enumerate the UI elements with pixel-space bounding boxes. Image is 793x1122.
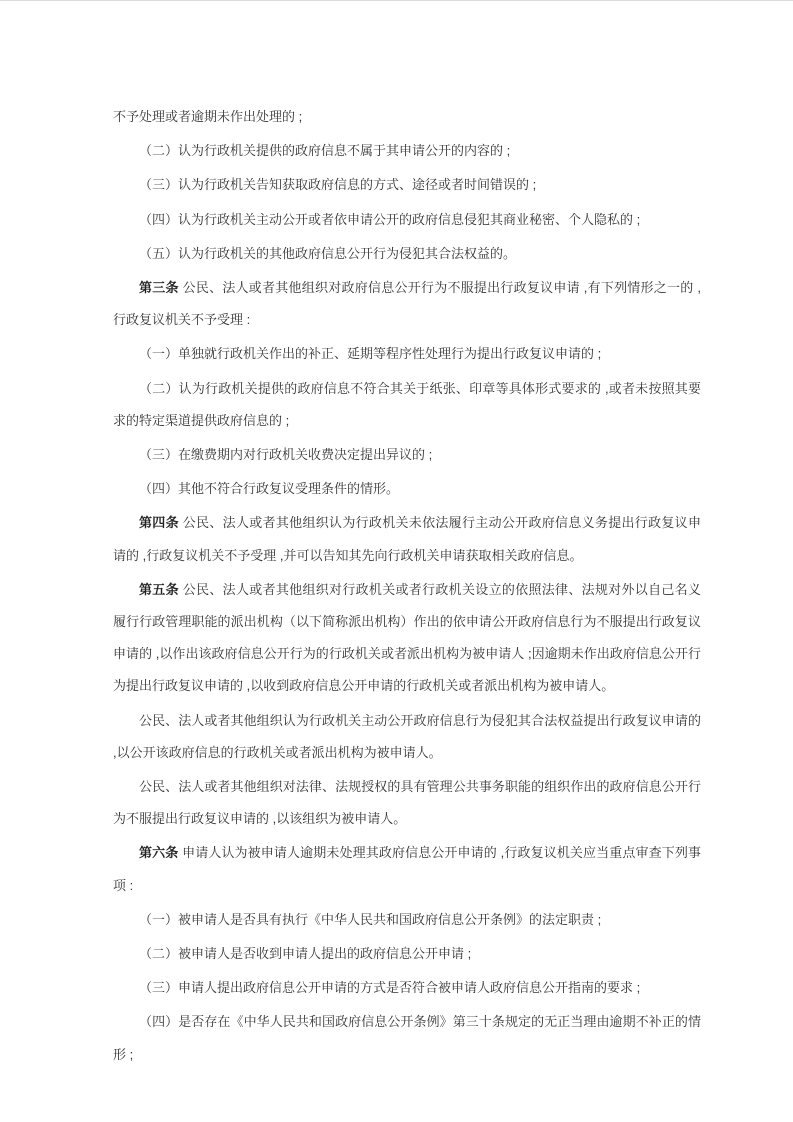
paragraph-text: （一）单独就行政机关作出的补正、延期等程序性处理行为提出行政复议申请的 ;	[139, 346, 601, 361]
para-article-4: 第四条 公民、法人或者其他组织认为行政机关未依法履行主动公开政府信息义务提出行政…	[113, 507, 701, 571]
para-article-5-clause-2: 公民、法人或者其他组织认为行政机关主动公开政府信息行为侵犯其合法权益提出行政复议…	[113, 705, 701, 769]
article-number: 第六条	[139, 845, 178, 860]
para-article-3-item-4: （四）其他不符合行政复议受理条件的情形。	[113, 473, 701, 505]
paragraph-text: （一）被申请人是否具有执行《中华人民共和国政府信息公开条例》的法定职责 ;	[139, 912, 601, 927]
article-number: 第四条	[139, 515, 179, 530]
para-article-3: 第三条 公民、法人或者其他组织对政府信息公开行为不服提出行政复议申请 ,有下列情…	[113, 272, 701, 336]
paragraph-text: 公民、法人或者其他组织对政府信息公开行为不服提出行政复议申请 ,有下列情形之一的…	[113, 280, 701, 327]
paragraph-text: 公民、法人或者其他组织对法律、法规授权的具有管理公共事务职能的组织作出的政府信息…	[113, 779, 701, 826]
paragraph-text: 公民、法人或者其他组织认为行政机关主动公开政府信息行为侵犯其合法权益提出行政复议…	[113, 713, 701, 760]
paragraph-text: （五）认为行政机关的其他政府信息公开行为侵犯其合法权益的。	[139, 246, 516, 261]
paragraph-text: （三）在缴费期内对行政机关收费决定提出异议的 ;	[139, 447, 432, 462]
para-article-3-item-1: （一）单独就行政机关作出的补正、延期等程序性处理行为提出行政复议申请的 ;	[113, 338, 701, 370]
para-item-2: （二）认为行政机关提供的政府信息不属于其申请公开的内容的 ;	[113, 135, 701, 167]
para-article-5: 第五条 公民、法人或者其他组织对行政机关或者行政机关设立的依照法律、法规对外以自…	[113, 574, 701, 703]
paragraph-text: （二）被申请人是否收到申请人提出的政府信息公开申请 ;	[139, 946, 471, 961]
paragraph-text: （三）申请人提出政府信息公开申请的方式是否符合被申请人政府信息公开指南的要求 ;	[139, 980, 640, 995]
paragraph-text: （四）其他不符合行政复议受理条件的情形。	[139, 481, 399, 496]
paragraph-text: （二）认为行政机关提供的政府信息不符合其关于纸张、印章等具体形式要求的 ,或者未…	[113, 381, 701, 428]
document-page: 不予处理或者逾期未作出处理的 ; （二）认为行政机关提供的政府信息不属于其申请公…	[0, 0, 793, 1122]
paragraph-text: （四）认为行政机关主动公开或者依申请公开的政府信息侵犯其商业秘密、个人隐私的 ;	[139, 212, 640, 227]
para-item-3: （三）认为行政机关告知获取政府信息的方式、途径或者时间错误的 ;	[113, 169, 701, 201]
para-article-6-item-3: （三）申请人提出政府信息公开申请的方式是否符合被申请人政府信息公开指南的要求 ;	[113, 972, 701, 1004]
para-article-6-item-2: （二）被申请人是否收到申请人提出的政府信息公开申请 ;	[113, 938, 701, 970]
para-item-4: （四）认为行政机关主动公开或者依申请公开的政府信息侵犯其商业秘密、个人隐私的 ;	[113, 204, 701, 236]
para-article-3-item-2: （二）认为行政机关提供的政府信息不符合其关于纸张、印章等具体形式要求的 ,或者未…	[113, 373, 701, 437]
para-article-6-item-4: （四）是否存在《中华人民共和国政府信息公开条例》第三十条规定的无正当理由逾期不补…	[113, 1006, 701, 1070]
para-article-3-item-3: （三）在缴费期内对行政机关收费决定提出异议的 ;	[113, 439, 701, 471]
paragraph-text: （二）认为行政机关提供的政府信息不属于其申请公开的内容的 ;	[139, 143, 510, 158]
paragraph-text: 申请人认为被申请人逾期未处理其政府信息公开申请的 ,行政复议机关应当重点审查下列…	[113, 845, 701, 892]
paragraph-text: （三）认为行政机关告知获取政府信息的方式、途径或者时间错误的 ;	[139, 177, 536, 192]
paragraph-text: （四）是否存在《中华人民共和国政府信息公开条例》第三十条规定的无正当理由逾期不补…	[113, 1014, 701, 1061]
para-article-6-item-1: （一）被申请人是否具有执行《中华人民共和国政府信息公开条例》的法定职责 ;	[113, 904, 701, 936]
paragraph-text: 不予处理或者逾期未作出处理的 ;	[113, 109, 302, 124]
paragraph-text: 公民、法人或者其他组织对行政机关或者行政机关设立的依照法律、法规对外以自己名义履…	[113, 582, 701, 694]
para-article-6: 第六条 申请人认为被申请人逾期未处理其政府信息公开申请的 ,行政复议机关应当重点…	[113, 837, 701, 901]
document-body: 不予处理或者逾期未作出处理的 ; （二）认为行政机关提供的政府信息不属于其申请公…	[113, 101, 701, 1073]
article-number: 第五条	[139, 582, 179, 597]
para-continuation: 不予处理或者逾期未作出处理的 ;	[113, 101, 701, 133]
paragraph-text: 公民、法人或者其他组织认为行政机关未依法履行主动公开政府信息义务提出行政复议申请…	[113, 515, 701, 562]
para-article-5-clause-3: 公民、法人或者其他组织对法律、法规授权的具有管理公共事务职能的组织作出的政府信息…	[113, 771, 701, 835]
para-item-5: （五）认为行政机关的其他政府信息公开行为侵犯其合法权益的。	[113, 238, 701, 270]
article-number: 第三条	[139, 280, 179, 295]
